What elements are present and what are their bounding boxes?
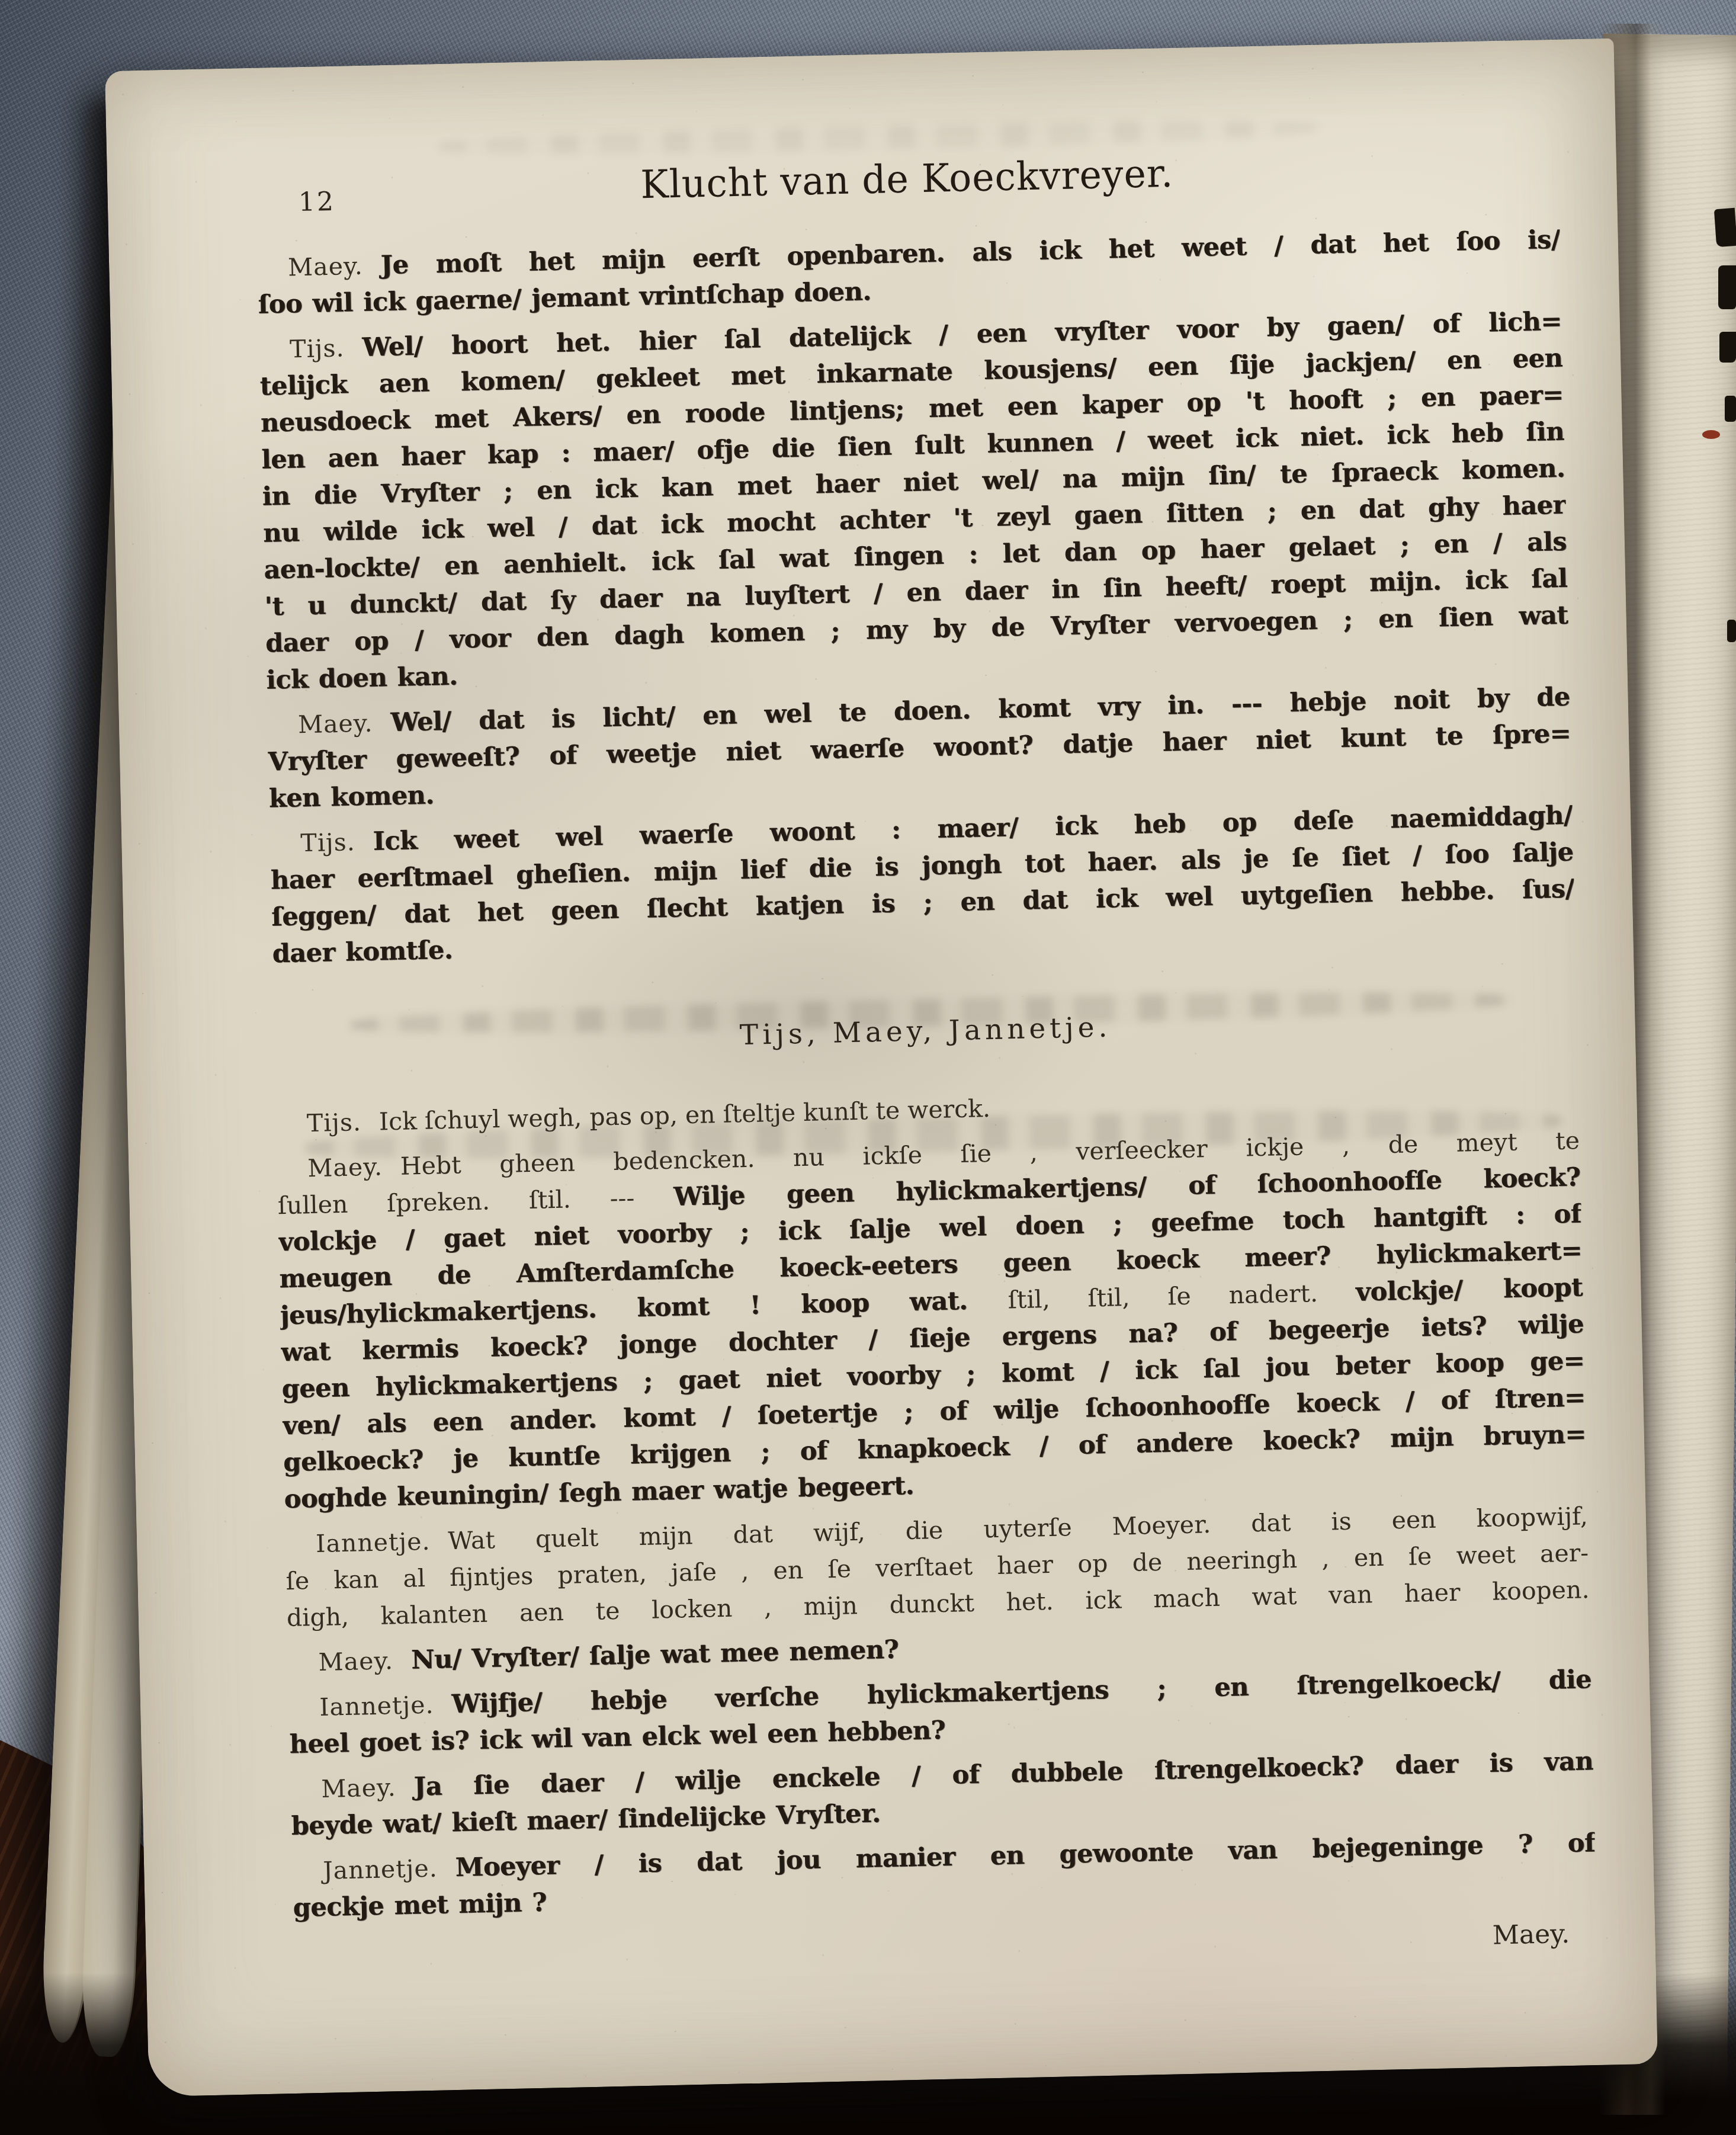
speech-text: volckje/ koopt [1355, 1272, 1583, 1307]
print-fragment-icon [1725, 396, 1736, 422]
running-title: Klucht van de Koeckvreyer. [255, 142, 1559, 216]
red-speck [1702, 430, 1720, 439]
speaker-name: Tijs. [290, 334, 362, 364]
speech-text: ken komen. [268, 780, 434, 813]
dialogue-block-1: Maey.Je moſt het mijn eerſt openbaren. a… [257, 222, 1575, 973]
photo-of-book-page: { "page": { "number": "12", "running_tit… [0, 0, 1736, 2135]
speaker-name: Tijs. [300, 828, 373, 858]
print-fragment-icon [1718, 265, 1736, 309]
print-fragment-icon [1727, 620, 1736, 642]
speech-text: geckje met mijn ? [293, 1888, 547, 1923]
speaker-name: Maey. [318, 1646, 411, 1676]
speech-text: daer komtſe. [272, 935, 453, 969]
paragraph: Maey.Wel/ dat is licht/ en wel te doen. … [267, 678, 1572, 817]
paragraph: Tijs.Wel/ hoort het. hier ſal datelijck … [259, 303, 1570, 699]
speech-text: ſtil, ſtil, ſe nadert. [1007, 1278, 1356, 1315]
speech-text: Ick ſchuyl wegh, pas op, en ſteltje kunſ… [379, 1094, 991, 1136]
speaker-name: Iannetje. [319, 1690, 452, 1722]
paragraph: Tijs.Ick weet wel waerſe woont : maer/ i… [269, 797, 1575, 972]
speaker-name: Iannetje. [316, 1527, 448, 1558]
print-fragment-icon [1714, 208, 1736, 247]
dialogue-block-2: Tijs.Ick ſchuyl wegh, pas op, en ſteltje… [275, 1077, 1596, 1926]
page-content: 12 Klucht van de Koeckvreyer. Maey.Je mo… [255, 143, 1597, 1977]
catchword: Maey. [294, 1918, 1597, 1977]
page-header: 12 Klucht van de Koeckvreyer. [255, 143, 1559, 229]
speaker-name: Tijs. [306, 1108, 379, 1138]
speaker-name: Maey. [288, 251, 381, 281]
book-page: 12 Klucht van de Koeckvreyer. Maey.Je mo… [105, 39, 1658, 2097]
print-fragment-icon [1719, 332, 1736, 363]
paragraph: Maey.Hebt gheen bedencken. nu ickſe ſie … [277, 1122, 1587, 1518]
scene-heading: Tijs, Maey, Jannetje. [274, 1001, 1577, 1062]
speech-text: ick doen kan. [266, 661, 458, 695]
speaker-name: Maey. [298, 709, 391, 739]
paragraph: Iannetje.Wat quelt mijn dat wijf, die uy… [285, 1498, 1590, 1636]
speaker-name: Maey. [321, 1773, 414, 1803]
speech-text: Nu/ Vryſter/ ſalje wat mee nemen? [411, 1635, 899, 1675]
speech-text: ſullen ſpreken. ſtil. --- [277, 1183, 673, 1220]
speaker-name: Jannetje. [323, 1854, 455, 1885]
speaker-name: Maey. [307, 1152, 400, 1182]
